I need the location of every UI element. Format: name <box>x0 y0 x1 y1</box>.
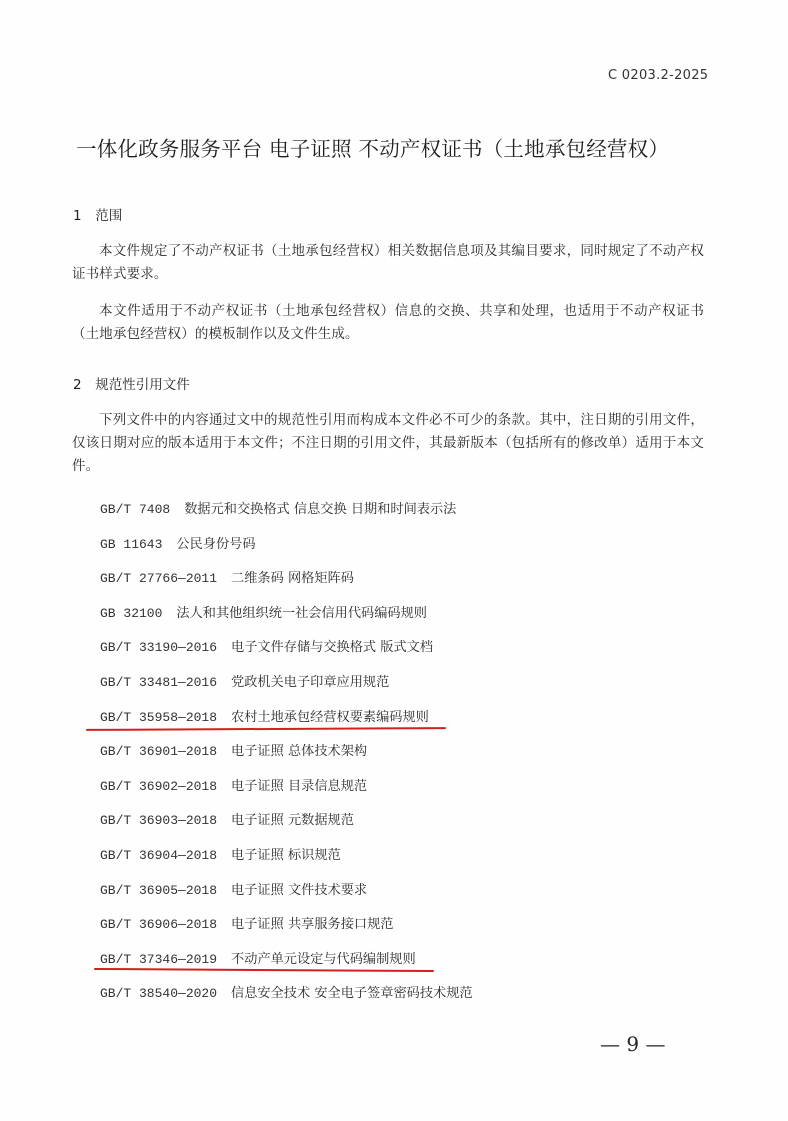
reference-code: GB/T 36906—2018 <box>100 917 217 932</box>
reference-code: GB/T 33481—2016 <box>100 675 217 690</box>
reference-item: GB 11643公民身份号码 <box>100 533 473 568</box>
reference-code: GB/T 36904—2018 <box>100 848 217 863</box>
section-1-heading: 1 范围 <box>73 204 122 224</box>
reference-title: 电子文件存储与交换格式 版式文档 <box>231 640 433 655</box>
reference-item: GB/T 7408数据元和交换格式 信息交换 日期和时间表示法 <box>100 498 473 533</box>
reference-title: 电子证照 元数据规范 <box>231 813 354 828</box>
reference-title: 二维条码 网格矩阵码 <box>231 571 354 586</box>
reference-item: GB/T 36902—2018电子证照 目录信息规范 <box>100 775 473 810</box>
reference-title: 电子证照 标识规范 <box>231 848 341 863</box>
reference-item: GB/T 27766—2011二维条码 网格矩阵码 <box>100 567 473 602</box>
section-title: 规范性引用文件 <box>95 377 190 393</box>
reference-title: 信息安全技术 安全电子签章密码技术规范 <box>231 986 473 1001</box>
reference-item: GB/T 33190—2016电子文件存储与交换格式 版式文档 <box>100 636 473 671</box>
reference-code: GB/T 38540—2020 <box>100 986 217 1001</box>
reference-title: 法人和其他组织统一社会信用代码编码规则 <box>176 606 427 621</box>
reference-code: GB/T 7408 <box>100 502 170 517</box>
section-number: 1 <box>73 208 91 224</box>
reference-code: GB/T 35958—2018 <box>100 710 217 725</box>
reference-list: GB/T 7408数据元和交换格式 信息交换 日期和时间表示法 GB 11643… <box>100 498 473 1017</box>
reference-code: GB/T 36903—2018 <box>100 813 217 828</box>
reference-item: GB/T 36906—2018电子证照 共享服务接口规范 <box>100 913 473 948</box>
reference-code: GB/T 36901—2018 <box>100 744 217 759</box>
reference-item-highlighted: GB/T 37346—2019不动产单元设定与代码编制规则 <box>100 948 473 983</box>
section-number: 2 <box>73 377 91 393</box>
reference-title: 农村土地承包经营权要素编码规则 <box>231 710 429 725</box>
document-page: C 0203.2-2025 一体化政务服务平台 电子证照 不动产权证书（土地承包… <box>0 0 788 1121</box>
reference-code: GB/T 37346—2019 <box>100 952 217 967</box>
page-number: — 9 — <box>600 1032 665 1056</box>
reference-title: 电子证照 文件技术要求 <box>231 883 367 898</box>
reference-item: GB/T 36904—2018电子证照 标识规范 <box>100 844 473 879</box>
reference-code: GB/T 36905—2018 <box>100 883 217 898</box>
scope-paragraph-1: 本文件规定了不动产权证书（土地承包经营权）相关数据信息项及其编目要求，同时规定了… <box>72 240 704 286</box>
reference-item: GB/T 36903—2018电子证照 元数据规范 <box>100 809 473 844</box>
reference-code: GB/T 27766—2011 <box>100 571 217 586</box>
reference-title: 公民身份号码 <box>176 537 255 552</box>
reference-title: 电子证照 目录信息规范 <box>231 779 367 794</box>
reference-code: GB 11643 <box>100 537 162 552</box>
reference-title: 不动产单元设定与代码编制规则 <box>231 952 416 967</box>
normative-references-intro: 下列文件中的内容通过文中的规范性引用而构成本文件必不可少的条款。其中，注日期的引… <box>72 409 704 478</box>
reference-item: GB/T 36901—2018电子证照 总体技术架构 <box>100 740 473 775</box>
section-2-heading: 2 规范性引用文件 <box>73 373 190 393</box>
reference-code: GB/T 36902—2018 <box>100 779 217 794</box>
reference-item: GB/T 36905—2018电子证照 文件技术要求 <box>100 879 473 914</box>
reference-title: 数据元和交换格式 信息交换 日期和时间表示法 <box>184 502 456 517</box>
reference-code: GB 32100 <box>100 606 162 621</box>
reference-item: GB/T 33481—2016党政机关电子印章应用规范 <box>100 671 473 706</box>
reference-item-highlighted: GB/T 35958—2018农村土地承包经营权要素编码规则 <box>100 706 473 741</box>
reference-item: GB/T 38540—2020信息安全技术 安全电子签章密码技术规范 <box>100 982 473 1017</box>
reference-title: 电子证照 共享服务接口规范 <box>231 917 393 932</box>
document-title: 一体化政务服务平台 电子证照 不动产权证书（土地承包经营权） <box>76 132 669 162</box>
document-code: C 0203.2-2025 <box>608 68 708 83</box>
reference-title: 电子证照 总体技术架构 <box>231 744 367 759</box>
reference-item: GB 32100法人和其他组织统一社会信用代码编码规则 <box>100 602 473 637</box>
reference-title: 党政机关电子印章应用规范 <box>231 675 389 690</box>
scope-paragraph-2: 本文件适用于不动产权证书（土地承包经营权）信息的交换、共享和处理，也适用于不动产… <box>72 300 704 346</box>
section-title: 范围 <box>95 208 122 224</box>
reference-code: GB/T 33190—2016 <box>100 640 217 655</box>
